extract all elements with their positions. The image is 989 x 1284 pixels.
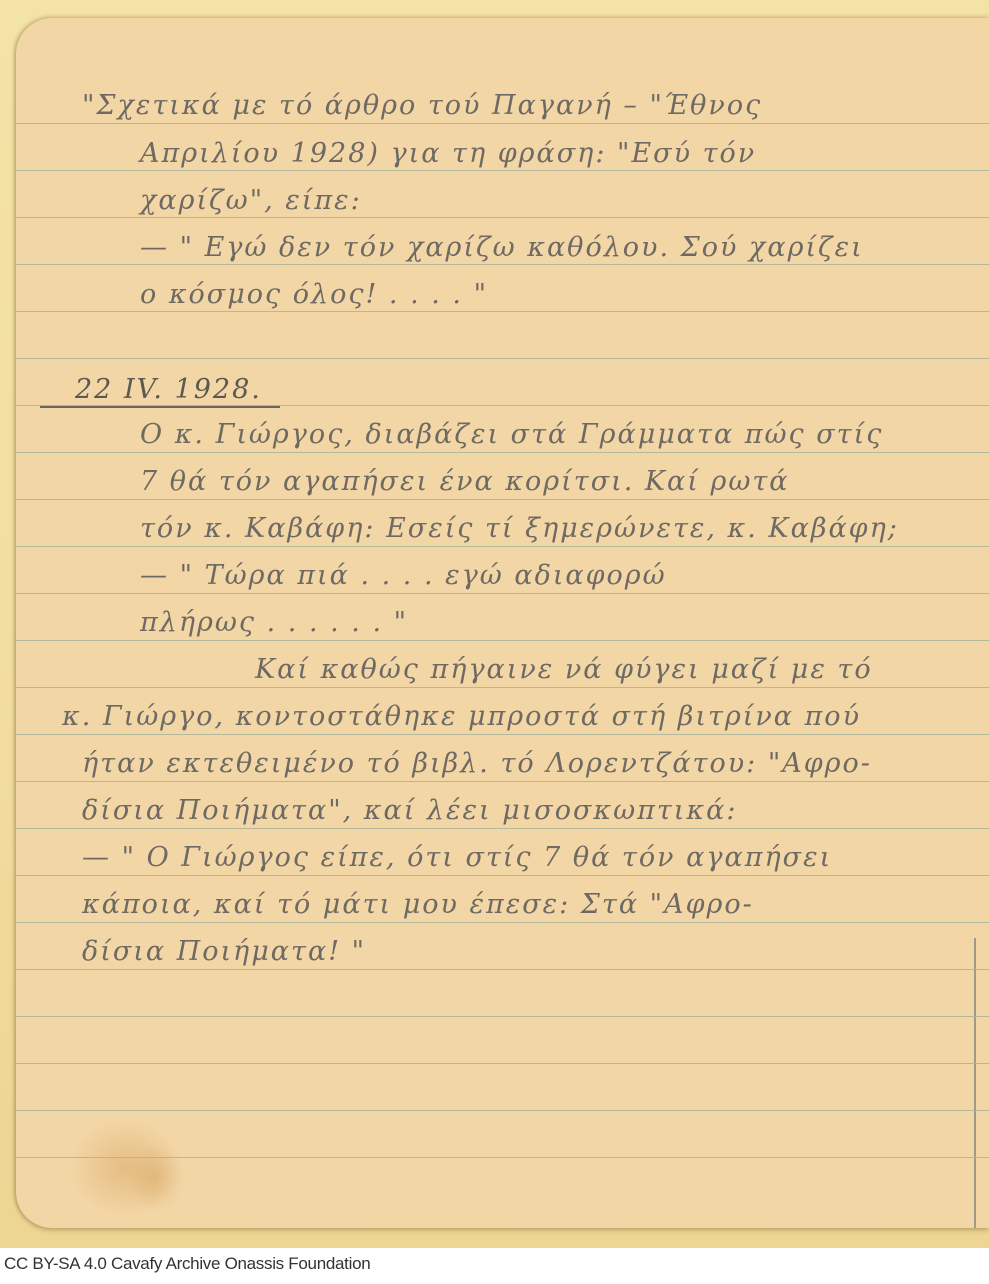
footer: CC BY-SA 4.0 Cavafy Archive Onassis Foun… bbox=[0, 1248, 989, 1284]
ruled-line bbox=[16, 123, 989, 124]
handwritten-line: — " Εγώ δεν τόν χαρίζω καθόλου. Σού χαρί… bbox=[140, 234, 864, 261]
handwritten-line: Απριλίου 1928) για τη φράση: "Εσύ τόν bbox=[140, 140, 756, 167]
ruled-line bbox=[16, 734, 989, 735]
handwritten-line: χαρίζω", είπε: bbox=[140, 187, 362, 214]
ruled-line bbox=[16, 781, 989, 782]
handwritten-line: 7 θά τόν αγαπήσει ένα κορίτσι. Καί ρωτά bbox=[140, 468, 790, 495]
ruled-line bbox=[16, 1110, 989, 1111]
ruled-line bbox=[16, 969, 989, 970]
ruled-line bbox=[16, 170, 989, 171]
ruled-line bbox=[16, 687, 989, 688]
ruled-line bbox=[16, 358, 989, 359]
ruled-line bbox=[16, 217, 989, 218]
handwritten-line: δίσια Ποιήματα", καί λέει μισοσκωπτικά: bbox=[82, 797, 737, 824]
ruled-line bbox=[16, 1016, 989, 1017]
ruled-line bbox=[16, 640, 989, 641]
handwritten-line: κάποια, καί τό μάτι μου έπεσε: Στά "Αφρο… bbox=[82, 891, 754, 918]
handwritten-line: τόν κ. Καβάφη: Εσείς τί ξημερώνετε, κ. Κ… bbox=[140, 515, 899, 542]
handwritten-line: ήταν εκτεθειμένο τό βιβλ. τό Λορεντζάτου… bbox=[82, 750, 872, 777]
date-underline bbox=[40, 406, 280, 408]
handwritten-line: πλήρως . . . . . . " bbox=[140, 609, 408, 636]
handwritten-line: Ο κ. Γιώργος, διαβάζει στά Γράμματα πώς … bbox=[140, 421, 883, 448]
date-heading: 22 IV. 1928. bbox=[75, 374, 262, 405]
handwritten-line: "Σχετικά με τό άρθρο τού Παγανή – "Έθνος bbox=[82, 92, 762, 119]
ruled-line bbox=[16, 593, 989, 594]
ruled-line bbox=[16, 546, 989, 547]
handwritten-line: κ. Γιώργο, κοντοστάθηκε μπροστά στή βιτρ… bbox=[62, 703, 861, 730]
ruled-line bbox=[16, 875, 989, 876]
ruled-line bbox=[16, 1157, 989, 1158]
handwritten-line: Καί καθώς πήγαινε νά φύγει μαζί με τό bbox=[255, 656, 873, 683]
license-credit: CC BY-SA 4.0 Cavafy Archive Onassis Foun… bbox=[4, 1254, 370, 1274]
ruled-line bbox=[16, 922, 989, 923]
ruled-line bbox=[16, 1063, 989, 1064]
handwritten-line: — " Τώρα πιά . . . . εγώ αδιαφορώ bbox=[140, 562, 667, 589]
ruled-line bbox=[16, 452, 989, 453]
handwritten-line: ο κόσμος όλος! . . . . " bbox=[140, 281, 488, 308]
ruled-line bbox=[16, 311, 989, 312]
handwritten-line: — " Ο Γιώργος είπε, ότι στίς 7 θά τόν αγ… bbox=[82, 844, 832, 871]
ruled-line bbox=[16, 264, 989, 265]
handwritten-line: δίσια Ποιήματα! " bbox=[82, 938, 366, 965]
ruled-line bbox=[16, 828, 989, 829]
ruled-line bbox=[16, 499, 989, 500]
page-edge-line bbox=[974, 938, 976, 1228]
